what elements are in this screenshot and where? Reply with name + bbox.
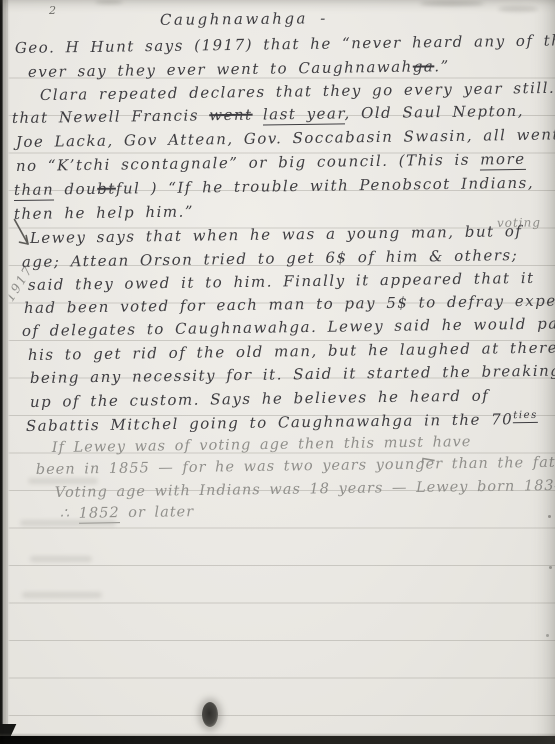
handwritten-text-segment: of delegates to Caughnawahga. Lewey said… xyxy=(22,314,555,340)
handwritten-text-segment: had been voted for each man to pay 5$ to… xyxy=(24,291,555,317)
handwritten-line: Joe Lacka, Gov Attean, Gov. Soccabasin S… xyxy=(16,126,555,150)
handwritten-text-segment: last year xyxy=(263,104,345,125)
bleed-through-mark xyxy=(22,592,102,598)
handwritten-line: had been voted for each man to pay 5$ to… xyxy=(24,292,555,316)
paper-smudge xyxy=(95,0,123,4)
handwritten-text-segment: Joe Lacka, Gov Attean, Gov. Soccabasin S… xyxy=(16,125,555,151)
manuscript-page: 2 Caughnawahga - 1917 ⌐ Geo. H Hunt says… xyxy=(0,0,555,744)
handwritten-line: ever say they ever went to Caughnawahga.… xyxy=(28,58,450,80)
handwritten-text-segment: Clara repeated declares that they go eve… xyxy=(40,79,555,104)
handwritten-line: his to get rid of the old man, but he la… xyxy=(28,340,555,364)
handwritten-text-segment: , Old Saul Nepton, xyxy=(344,102,524,123)
handwritten-line: of delegates to Caughnawahga. Lewey said… xyxy=(22,315,555,339)
handwritten-text-segment: .” xyxy=(434,57,450,75)
handwritten-line: up of the custom. Says he believes he he… xyxy=(30,388,490,411)
bleed-through-mark xyxy=(30,556,92,562)
paper-speck xyxy=(548,515,551,518)
handwritten-text-segment: went xyxy=(209,106,253,125)
handwritten-text-segment: being any necessity for it. Said it star… xyxy=(30,362,555,387)
handwritten-text-segment: than xyxy=(14,180,55,201)
bleed-through-mark xyxy=(20,520,116,526)
handwritten-text-segment: no “K’tchi scontagnale” or big council. … xyxy=(16,151,481,175)
handwritten-text-segment: If Lewey was of voting age then this mus… xyxy=(52,434,472,456)
handwritten-line: Sabattis Mitchel going to Caughnawahga i… xyxy=(26,410,538,435)
bleed-through-mark xyxy=(28,478,98,484)
paper-speck xyxy=(546,634,549,637)
handwritten-line: been in 1855 — for he was two years youn… xyxy=(36,455,555,479)
handwritten-text-segment: that Newell Francis xyxy=(12,106,210,127)
handwritten-text-segment: ga xyxy=(413,57,435,75)
handwritten-line: Lewey says that when he was a young man,… xyxy=(30,223,523,246)
handwritten-line: being any necessity for it. Said it star… xyxy=(30,363,555,387)
handwritten-line: age; Attean Orson tried to get 6$ of him… xyxy=(22,247,519,270)
handwritten-text-segment: up of the custom. Says he believes he he… xyxy=(30,387,490,411)
book-page-edges xyxy=(0,0,10,744)
handwritten-line: Clara repeated declares that they go eve… xyxy=(40,80,555,104)
handwritten-text-segment: ful ) “If he trouble with Penobscot Indi… xyxy=(116,174,534,198)
handwritten-line: said they owed it to him. Finally it app… xyxy=(28,270,535,294)
handwritten-line: then he help him.” xyxy=(14,203,194,222)
handwritten-line: If Lewey was of voting age then this mus… xyxy=(52,435,472,457)
paper-smudge xyxy=(498,6,538,12)
handwritten-text-segment: Geo. H Hunt says (1917) that he “never h… xyxy=(15,31,555,57)
handwritten-text-segment: Voting age with Indians was 18 years — L… xyxy=(55,478,555,501)
handwritten-line: no “K’tchi scontagnale” or big council. … xyxy=(16,151,526,175)
handwritten-text-segment: dou xyxy=(54,180,97,199)
book-bottom-edge xyxy=(0,736,555,744)
handwritten-text-segment xyxy=(252,105,263,123)
corner-mark: 2 xyxy=(49,4,56,17)
handwritten-text-segment: Lewey says that when he was a young man,… xyxy=(30,222,523,247)
binding-hole xyxy=(202,702,218,727)
handwritten-line: Geo. H Hunt says (1917) that he “never h… xyxy=(15,32,555,57)
handwritten-line: that Newell Francis went last year, Old … xyxy=(12,103,524,127)
paper-speck xyxy=(549,566,552,569)
page-title: Caughnawahga - xyxy=(160,9,328,29)
handwritten-text-segment: bt xyxy=(97,180,116,198)
handwritten-text-segment: ties xyxy=(513,410,538,423)
handwritten-text-segment: age; Attean Orson tried to get 6$ of him… xyxy=(22,246,519,271)
handwritten-line: Voting age with Indians was 18 years — L… xyxy=(55,479,555,502)
handwritten-text-segment: or later xyxy=(120,504,195,521)
handwritten-text-segment: been in 1855 — for he was two years youn… xyxy=(36,454,555,478)
handwritten-text-segment: said they owed it to him. Finally it app… xyxy=(28,269,535,294)
handwritten-text-segment: more xyxy=(480,150,526,171)
handwritten-text-segment: ever say they ever went to Caughnawah xyxy=(28,58,413,81)
handwritten-line: than doubtful ) “If he trouble with Peno… xyxy=(14,175,534,199)
handwritten-text-segment: Sabattis Mitchel going to Caughnawahga i… xyxy=(26,410,514,435)
handwritten-text-segment: his to get rid of the old man, but he la… xyxy=(28,339,555,364)
paper-smudge xyxy=(420,1,484,6)
handwritten-text-segment: then he help him.” xyxy=(14,202,194,223)
